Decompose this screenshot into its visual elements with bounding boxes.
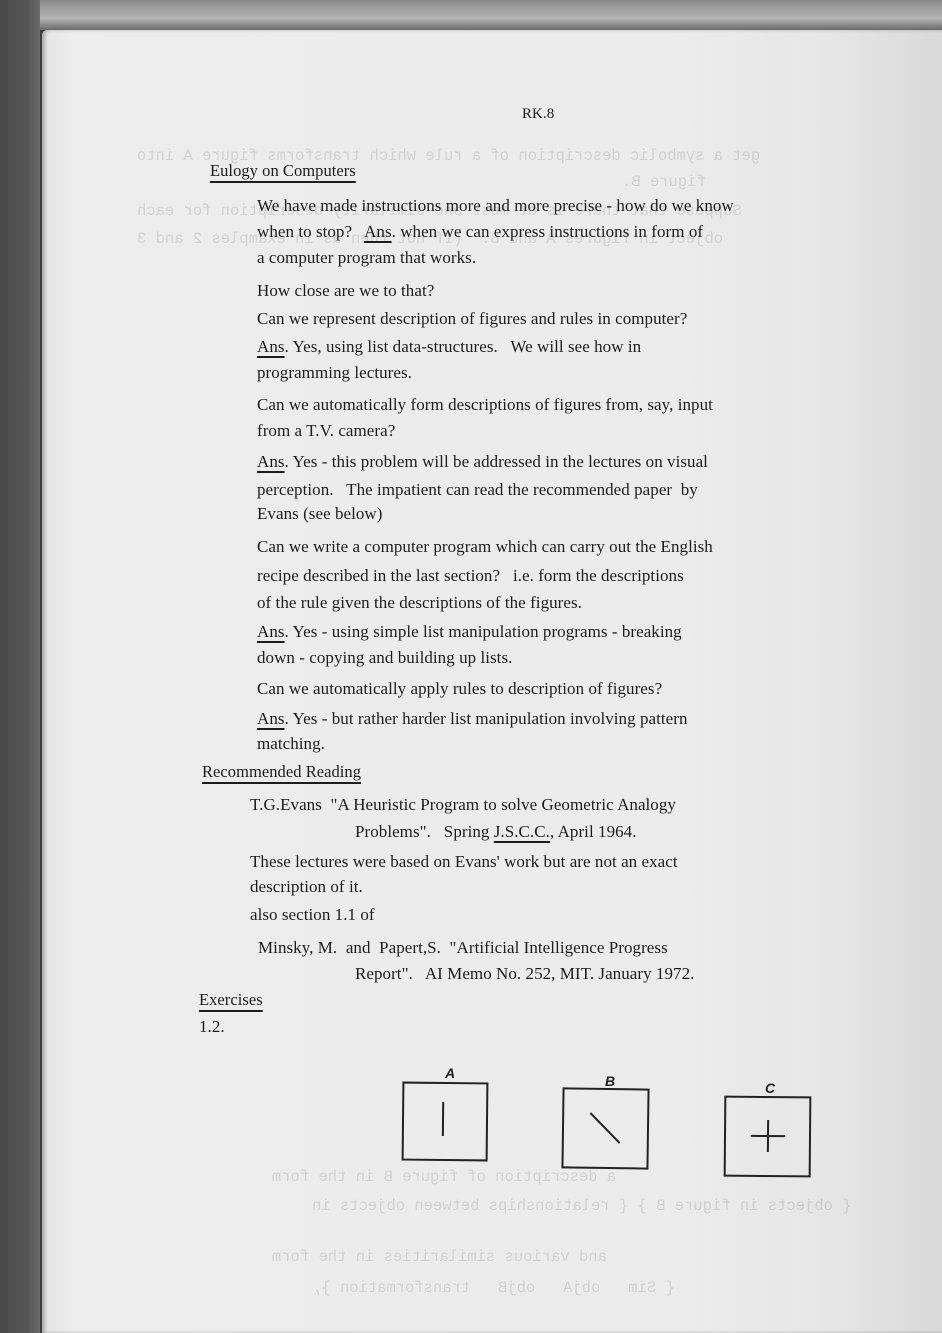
section-heading-reading: Recommended Reading	[202, 762, 361, 782]
question-line: Can we automatically apply rules to desc…	[257, 679, 662, 699]
reference-line: Report". AI Memo No. 252, MIT. January 1…	[355, 964, 694, 984]
paragraph-line: We have made instructions more and more …	[257, 196, 734, 216]
answer-line: perception. The impatient can read the r…	[257, 480, 698, 500]
bleed-through-text: a description of figure B in the form	[272, 1168, 616, 1186]
answer-text: . Yes - this problem will be addressed i…	[285, 452, 708, 471]
answer-label: Ans	[364, 222, 392, 241]
exercise-number: 1.2.	[199, 1017, 225, 1037]
reference-title: Problems". Spring	[355, 822, 494, 841]
question-line: Can we represent description of figures …	[257, 309, 687, 329]
section-heading-eulogy: Eulogy on Computers	[210, 161, 356, 181]
diagonal-line-icon	[590, 1112, 621, 1144]
answer-line: Ans. Yes - this problem will be addresse…	[257, 452, 708, 472]
answer-line: Ans. Yes - but rather harder list manipu…	[257, 709, 688, 729]
answer-label: Ans	[257, 337, 285, 356]
answer-line: matching.	[257, 734, 325, 754]
page-number: RK.8	[522, 106, 554, 123]
reference-title: "A Heuristic Program to solve Geometric …	[331, 795, 676, 814]
answer-text: . Yes, using list data-structures. We wi…	[285, 337, 642, 356]
figure-label-c: C	[765, 1080, 775, 1096]
answer-line: down - copying and building up lists.	[257, 648, 512, 668]
question-line: Can we automatically form descriptions o…	[257, 395, 713, 415]
scanner-top-edge	[0, 0, 942, 30]
figure-b-box	[561, 1087, 649, 1169]
reference-line: Minsky, M. and Papert,S. "Artificial Int…	[258, 938, 668, 958]
reference-line: Problems". Spring J.S.C.C., April 1964.	[355, 822, 637, 842]
answer-label: Ans	[257, 622, 285, 641]
bleed-through-text: figure B.	[622, 173, 706, 191]
note-line: also section 1.1 of	[250, 905, 375, 925]
question-line: How close are we to that?	[257, 281, 434, 301]
question-line: from a T.V. camera?	[257, 421, 395, 441]
figure-a-box	[402, 1082, 489, 1162]
answer-line: Evans (see below)	[257, 504, 382, 524]
document-page: get a symbolic description of a rule whi…	[42, 30, 942, 1333]
bleed-through-text: { objects in figure B } { relationships …	[312, 1197, 852, 1215]
plus-icon	[767, 1120, 769, 1152]
answer-text: . Yes - using simple list manipulation p…	[285, 622, 682, 641]
answer-label: Ans	[257, 452, 285, 471]
answer-label: Ans	[257, 709, 285, 728]
paragraph-text: . when we can express instructions in fo…	[392, 222, 703, 241]
reference-author-name: T.G.Evans	[250, 795, 322, 814]
question-line: Can we write a computer program which ca…	[257, 537, 713, 557]
figure-label-a: A	[445, 1065, 455, 1081]
note-line: These lectures were based on Evans' work…	[250, 852, 678, 872]
answer-text: . Yes - but rather harder list manipulat…	[285, 709, 688, 728]
bleed-through-text: and various similarities in the form	[272, 1248, 607, 1266]
section-heading-exercises: Exercises	[199, 990, 263, 1010]
reference-author: T.G.Evans "A Heuristic Program to solve …	[250, 795, 676, 815]
paragraph-text: when to stop?	[257, 222, 352, 241]
bleed-through-text: { Sim objA objB transformation },	[312, 1279, 675, 1297]
figure-label-b: B	[605, 1073, 615, 1089]
paragraph-line: a computer program that works.	[257, 248, 476, 268]
note-line: description of it.	[250, 877, 363, 897]
figure-c-box	[724, 1096, 812, 1178]
reference-venue: J.S.C.C.	[494, 822, 550, 841]
question-line: recipe described in the last section? i.…	[257, 566, 684, 586]
scanner-left-edge	[0, 0, 40, 1333]
answer-line: programming lectures.	[257, 363, 412, 383]
answer-line: Ans. Yes, using list data-structures. We…	[257, 337, 641, 357]
reference-date: , April 1964.	[550, 822, 637, 841]
question-line: of the rule given the descriptions of th…	[257, 593, 582, 613]
paragraph-line: when to stop? Ans. when we can express i…	[257, 222, 703, 242]
vertical-line-icon	[442, 1102, 444, 1136]
answer-line: Ans. Yes - using simple list manipulatio…	[257, 622, 682, 642]
